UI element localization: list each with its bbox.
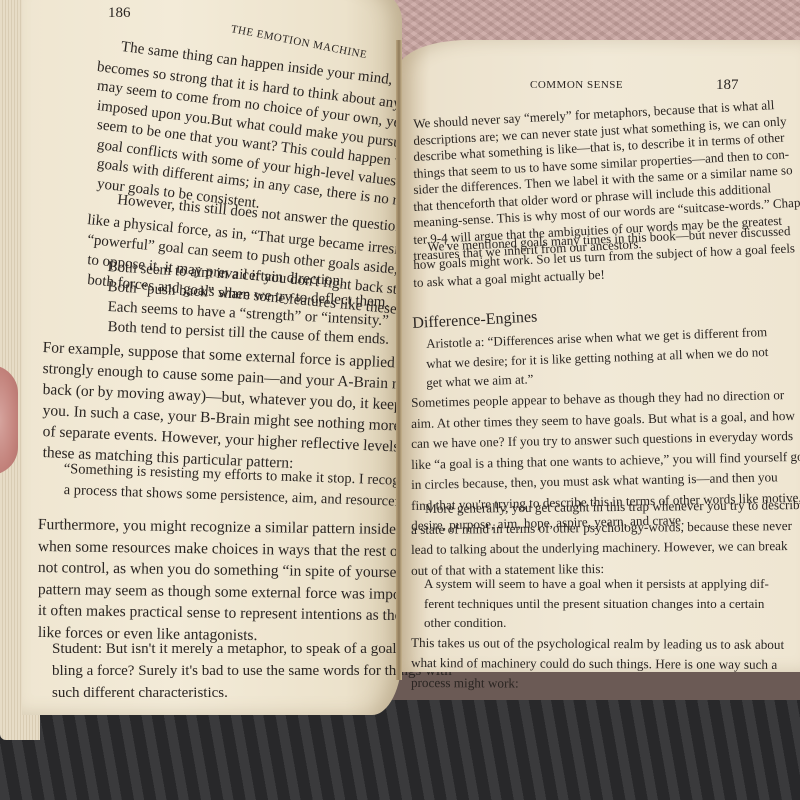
- text-line: This takes us out of the psychological r…: [411, 636, 784, 651]
- text-line: lead to talking about the underlying mac…: [411, 539, 788, 556]
- text-line: a state of mind in terms of other psycho…: [411, 519, 792, 536]
- text-line: More generally, you get caught in this t…: [425, 498, 800, 515]
- book-gutter: [396, 40, 402, 680]
- dark-knit-fabric: [0, 700, 800, 800]
- statement-line: A system will seem to have a goal when i…: [424, 577, 769, 590]
- statement-line: other condition.: [424, 616, 506, 629]
- right-page-number: 187: [716, 78, 739, 93]
- left-page-number: 186: [108, 6, 131, 21]
- student-line: such different characteristics.: [52, 686, 228, 701]
- student-line: bling a force? Surely it's bad to use th…: [52, 664, 452, 679]
- epigraph-line: get what we aim at.”: [426, 372, 534, 389]
- thumb-holding-page: [0, 365, 18, 475]
- statement-line: ferent techniques until the present situ…: [424, 597, 764, 610]
- text-line: what kind of machinery could do such thi…: [411, 656, 777, 671]
- text-line: out of that with a statement like this:: [411, 561, 604, 576]
- text-line: process might work:: [411, 676, 519, 690]
- right-running-head: COMMON SENSE: [530, 80, 623, 91]
